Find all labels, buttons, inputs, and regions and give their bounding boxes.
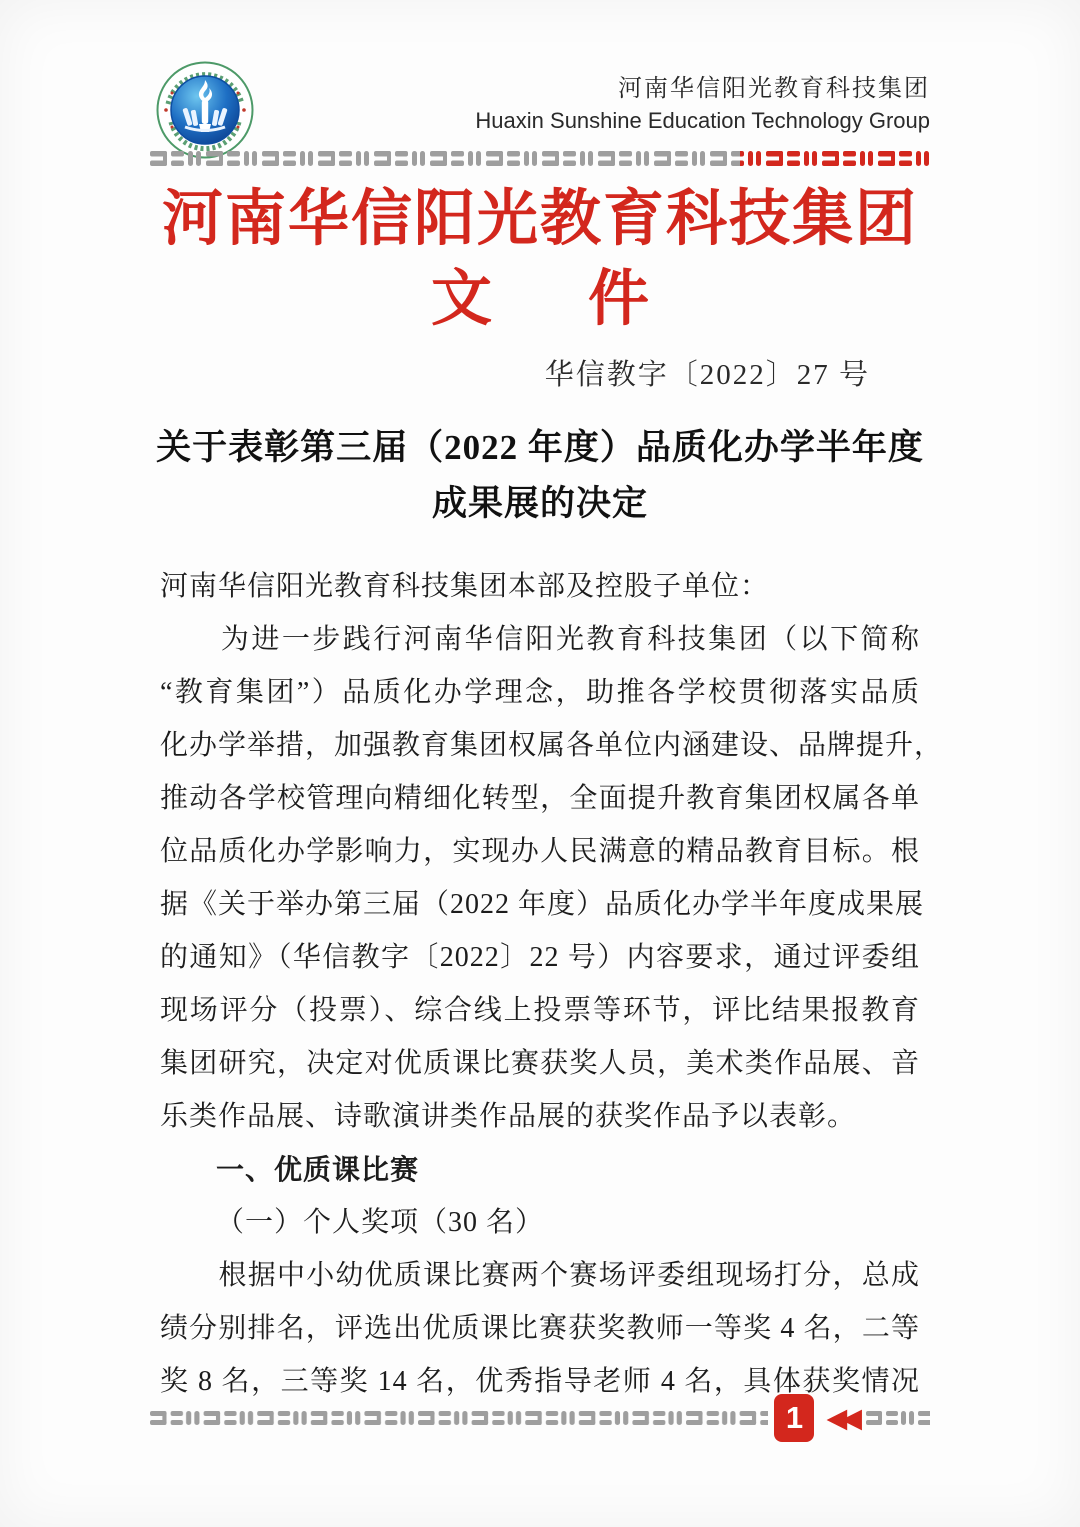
- text-line: 集团研究，决定对优质课比赛获奖人员，美术类作品展、音: [160, 1037, 920, 1090]
- page-footer: 1 ◀◀: [150, 1390, 930, 1446]
- sub-heading: （一）个人奖项（30 名）: [160, 1196, 920, 1249]
- text-line: “教育集团”）品质化办学理念，助推各学校贯彻落实品质: [160, 666, 920, 719]
- back-arrows-icon: ◀◀: [826, 1405, 856, 1432]
- body-paragraph-2: 根据中小幼优质课比赛两个赛场评委组现场打分，总成绩分别排名，评选出优质课比赛获奖…: [160, 1249, 920, 1408]
- masthead-doc-word: 文 件: [0, 263, 1080, 337]
- doc-title: 关于表彰第三届（2022 年度）品质化办学半年度 成果展的决定: [0, 420, 1080, 532]
- org-name-cn: 河南华信阳光教育科技集团: [475, 74, 930, 104]
- org-logo-icon: [155, 60, 255, 160]
- text-line: 为进一步践行河南华信阳光教育科技集团（以下简称: [160, 613, 920, 666]
- chain-pattern-icon: [866, 1410, 930, 1426]
- masthead: 河南华信阳光教育科技集团 文 件: [0, 183, 1080, 337]
- org-name-en: Huaxin Sunshine Education Technology Gro…: [475, 106, 930, 136]
- body-paragraph-1: 河南华信阳光教育科技集团本部及控股子单位： 为进一步践行河南华信阳光教育科技集团…: [160, 560, 920, 1143]
- text-line: 乐类作品展、诗歌演讲类作品展的获奖作品予以表彰。: [160, 1090, 920, 1143]
- text-line: 绩分别排名，评选出优质课比赛获奖教师一等奖 4 名，二等: [160, 1302, 920, 1355]
- masthead-word-wen: 文: [431, 263, 492, 337]
- text-line: 根据中小幼优质课比赛两个赛场评委组现场打分，总成: [160, 1249, 920, 1302]
- chain-pattern-icon: [150, 1410, 768, 1426]
- text-line: 位品质化办学影响力，实现办人民满意的精品教育目标。根: [160, 825, 920, 878]
- page-number-badge: 1: [774, 1394, 814, 1442]
- doc-body: 河南华信阳光教育科技集团本部及控股子单位： 为进一步践行河南华信阳光教育科技集团…: [160, 560, 920, 1408]
- text-line: 的通知》（华信教字〔2022〕22 号）内容要求，通过评委组: [160, 931, 920, 984]
- page-number: 1: [786, 1400, 803, 1436]
- doc-title-line1: 关于表彰第三届（2022 年度）品质化办学半年度: [0, 420, 1080, 476]
- masthead-org-title: 河南华信阳光教育科技集团: [0, 183, 1080, 257]
- section-heading: 一、优质课比赛: [160, 1143, 920, 1196]
- doc-title-line2: 成果展的决定: [0, 476, 1080, 532]
- text-line: 现场评分（投票）、综合线上投票等环节，评比结果报教育: [160, 984, 920, 1037]
- page-header: 河南华信阳光教育科技集团 Huaxin Sunshine Education T…: [155, 60, 930, 160]
- text-line: 推动各学校管理向精细化转型，全面提升教育集团权属各单: [160, 772, 920, 825]
- header-divider: [150, 150, 930, 167]
- document-page: 河南华信阳光教育科技集团 Huaxin Sunshine Education T…: [0, 0, 1080, 1527]
- org-name-block: 河南华信阳光教育科技集团 Huaxin Sunshine Education T…: [475, 60, 930, 136]
- text-line: 化办学举措，加强教育集团权属各单位内涵建设、品牌提升，: [160, 719, 920, 772]
- text-line: 河南华信阳光教育科技集团本部及控股子单位：: [160, 560, 920, 613]
- doc-number: 华信教字〔2022〕27 号: [545, 352, 870, 393]
- chain-pattern-icon: [150, 150, 930, 167]
- text-line: 据《关于举办第三届（2022 年度）品质化办学半年度成果展: [160, 878, 920, 931]
- masthead-word-jian: 件: [588, 263, 649, 337]
